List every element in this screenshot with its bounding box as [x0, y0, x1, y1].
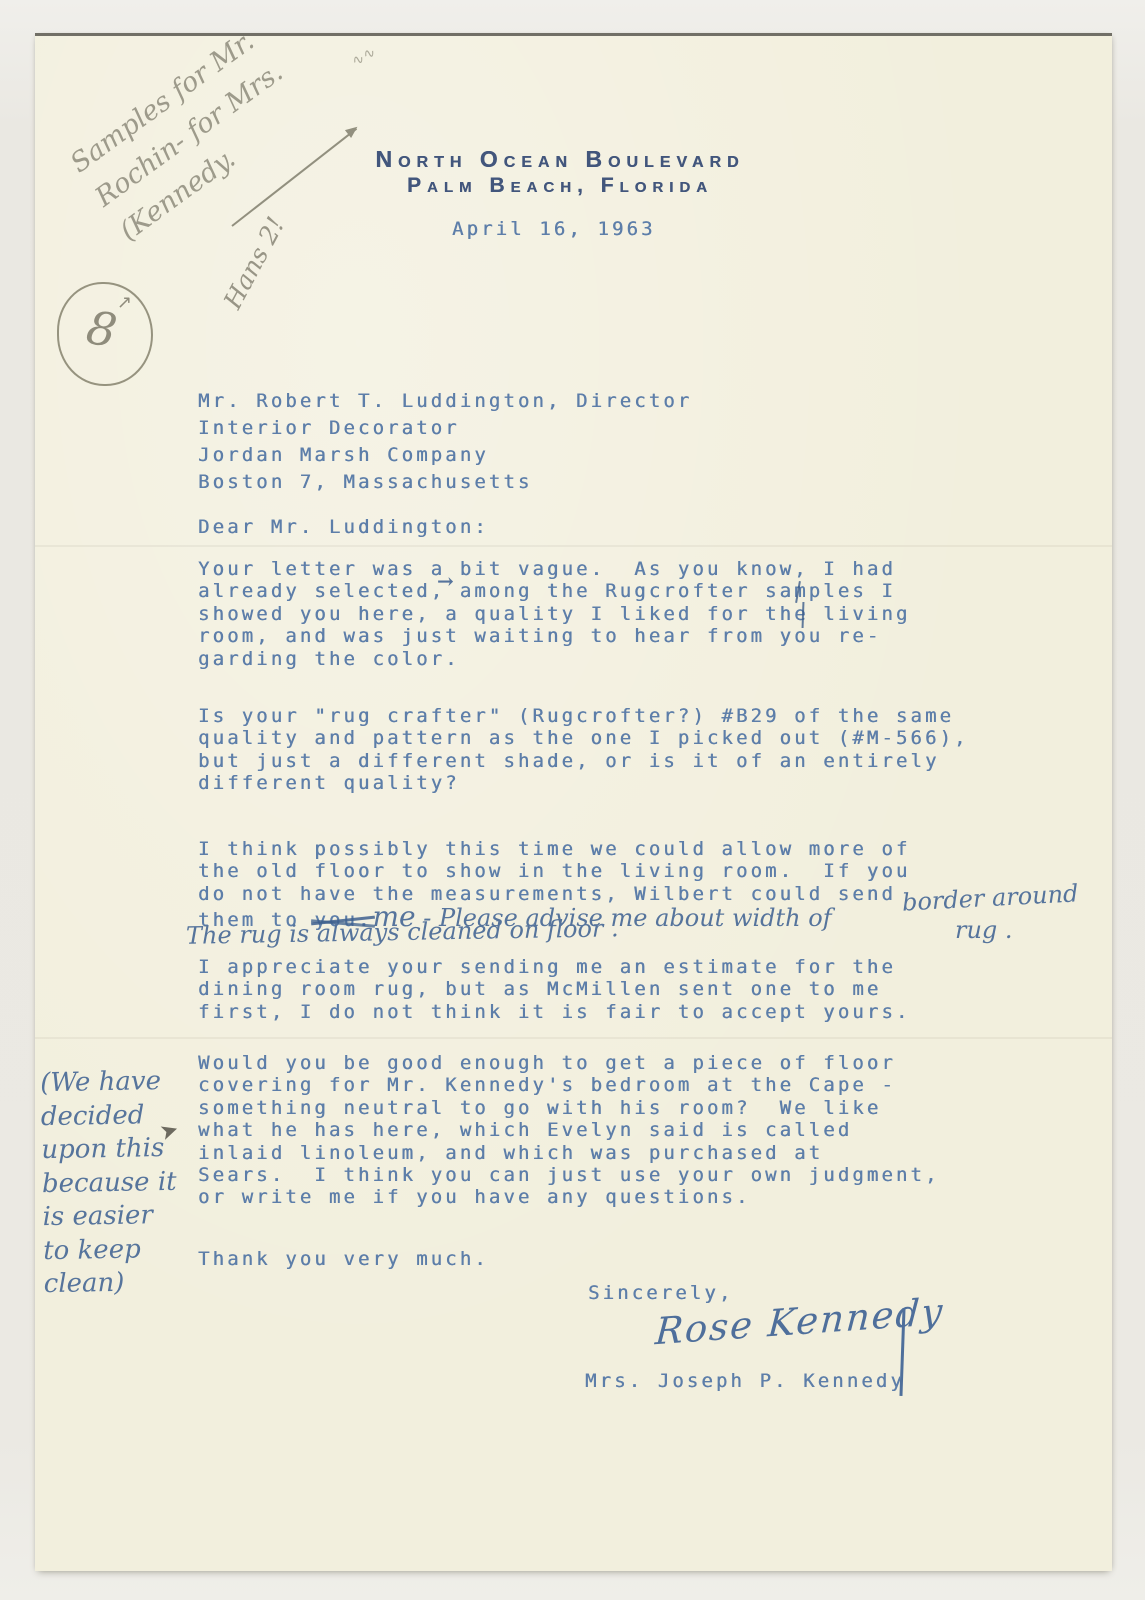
- circled-pencil-mark: 8 ↗: [57, 282, 153, 386]
- thank-you-line: Thank you very much.: [198, 1248, 489, 1270]
- circle-arrow-icon: ↗: [117, 292, 132, 313]
- letterhead-line2: Palm Beach, Florida: [300, 174, 820, 198]
- paragraph-3: I think possibly this time we could allo…: [198, 838, 910, 905]
- fold-crease-bottom: [35, 1037, 1112, 1039]
- salutation: Dear Mr. Luddington:: [198, 516, 489, 538]
- recipient-line-2: Interior Decorator: [198, 415, 460, 442]
- recipient-line-1: Mr. Robert T. Luddington, Director: [198, 388, 692, 415]
- recipient-line-3: Jordan Marsh Company: [198, 442, 489, 469]
- scanned-letter-page: North Ocean Boulevard Palm Beach, Florid…: [0, 0, 1145, 1600]
- advise-note-right-line2: rug .: [955, 916, 1013, 944]
- recipient-line-4: Boston 7, Massachusetts: [198, 469, 532, 496]
- typed-sender-name: Mrs. Joseph P. Kennedy: [585, 1370, 905, 1392]
- sincerely-line: Sincerely,: [588, 1282, 733, 1304]
- letter-paper: [35, 33, 1112, 1571]
- inserted-arrow-mark: →: [437, 569, 454, 593]
- letter-date: April 16, 1963: [452, 218, 656, 240]
- paragraph-2: Is your "rug crafter" (Rugcrofter?) #B29…: [198, 705, 969, 795]
- fold-crease-top: [35, 545, 1112, 547]
- circle-glyph: 8: [83, 300, 121, 358]
- paragraph-4: I appreciate your sending me an estimate…: [198, 956, 910, 1023]
- letterhead-line1: North Ocean Boulevard: [300, 146, 820, 173]
- margin-note: (We have decided upon this because it is…: [40, 1065, 179, 1302]
- paragraph-5: Would you be good enough to get a piece …: [198, 1052, 940, 1209]
